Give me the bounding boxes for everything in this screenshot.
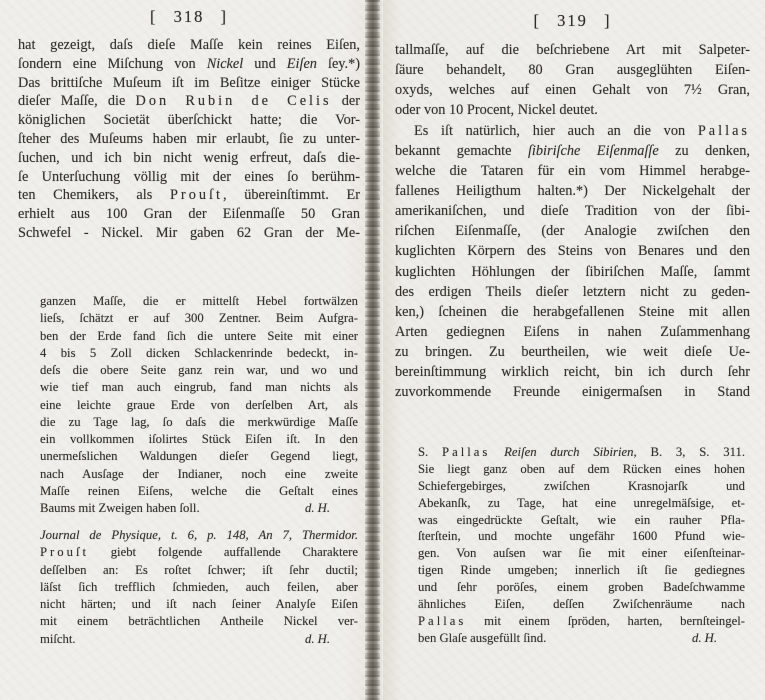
text-segment: Das brittiſche Muſeum iſt im Beſitze ein… xyxy=(18,75,360,91)
text-line: ſäure behandelt, 80 Gran ausgeglühten Ei… xyxy=(395,60,750,80)
text-line: Arten gediegnen Eiſens in nahen Zuſammen… xyxy=(395,322,750,342)
text-segment: die zu Tage lag, ſo daſs die merkwürdige… xyxy=(40,415,358,429)
text-line: erhielt aus 100 Gran der Eiſenmaſſe 50 G… xyxy=(18,205,360,224)
text-segment: lieſs, ſchätzt er auf 300 Zentner. Beim … xyxy=(40,311,358,325)
text-line: kuglichten Höhlungen der ſibiriſchen Maſ… xyxy=(395,262,750,282)
text-line: Maſſe reinen Eiſens, welche die Geſtalt … xyxy=(40,483,358,500)
text-line: ganzen Maſſe, die er mittelſt Hebel fort… xyxy=(40,293,358,310)
text-segment: 4 bis 5 Zoll dicken Schlackenrinde bedec… xyxy=(40,346,358,360)
text-segment: hat gezeigt, daſs dieſe Maſſe kein reine… xyxy=(18,37,360,53)
text-segment: bekannt gemachte xyxy=(395,143,528,159)
text-segment: bereinſtimmung wirklich reicht, bin ich … xyxy=(395,364,750,380)
text-line: bereinſtimmung wirklich reicht, bin ich … xyxy=(395,362,750,382)
text-segment: ſuchen, und ich bin nicht wenig erfreut,… xyxy=(18,150,360,166)
page-number-left: [ 318 ] xyxy=(18,7,360,27)
text-segment: Nickel xyxy=(207,56,244,72)
text-segment: nach Ausſage der Indianer, noch eine zwe… xyxy=(40,467,358,481)
text-segment: ſteher des Muſeums haben mir erlaubt, ſi… xyxy=(18,131,360,147)
left-footnote: *)Journal de Physique, t. 6, p. 148, An … xyxy=(40,527,358,648)
text-segment: ein vollkommen iſolirtes Stück Eiſen iſt… xyxy=(40,432,358,446)
text-line: Abekanſk, zu Tage, hat eine unregelmäſsi… xyxy=(418,495,745,512)
text-segment: oder von 10 Procent, Nickel deutet. xyxy=(395,102,598,118)
text-line: kuglichten Körpern des Steins von Benare… xyxy=(395,241,750,261)
text-line: unermeſslichen Waldungen dieſer Gegend l… xyxy=(40,448,358,465)
text-segment: oxyds, welches auf einen Gehalt von 7½ G… xyxy=(395,82,750,98)
text-segment: mit einem ſpröden, harten, bernſteingel- xyxy=(466,614,745,628)
text-line: ſterſtein, und mochte ungefähr 1600 Pfun… xyxy=(418,528,745,545)
text-line: ben der Erde fand ſich die untere Seite … xyxy=(40,328,358,345)
text-segment: ſibiriſche Eiſenmaſſe xyxy=(528,143,659,159)
signature: d. H. xyxy=(305,631,358,648)
text-line: amerikaniſchen, und dieſe Tradition von … xyxy=(395,201,750,221)
text-line: tallmaſſe, auf die beſchriebene Art mit … xyxy=(395,40,750,60)
text-line: deſſelben an: Es roſtet ſchwer; iſt ſehr… xyxy=(40,562,358,579)
text-segment: kuglichten Höhlungen der ſibiriſchen Maſ… xyxy=(395,264,750,280)
text-segment: tigen Rinde umgeben; innerlich iſt ſie g… xyxy=(418,563,745,577)
text-line: bekannt gemachte ſibiriſche Eiſenmaſſe z… xyxy=(395,141,750,161)
text-segment: Prouſt xyxy=(170,187,223,203)
text-segment: mit einem beträchtlichen Antheile Nickel… xyxy=(40,614,358,628)
text-segment: Schiefergebirges, zwiſchen Krasnojarſk u… xyxy=(418,479,745,493)
text-segment: ken,) ſcheinen die herabgefallenen Stein… xyxy=(395,304,750,320)
text-segment: dieſer Maſſe, die xyxy=(18,93,136,109)
text-line: dieſer Maſſe, die Don Rubin de Celis der xyxy=(18,92,360,111)
text-line: nach Ausſage der Indianer, noch eine zwe… xyxy=(40,466,358,483)
book-scan: [ 318 ] hat gezeigt, daſs dieſe Maſſe ke… xyxy=(0,0,765,700)
text-line: tigen Rinde umgeben; innerlich iſt ſie g… xyxy=(418,562,745,579)
text-line: *)S. Pallas Reiſen durch Sibirien, B. 3,… xyxy=(418,444,745,461)
text-segment: erhielt aus 100 Gran der Eiſenmaſſe 50 G… xyxy=(18,206,360,222)
text-segment: und ſehr poröſes, einem groben Badeſchwa… xyxy=(418,580,745,594)
text-line: Das brittiſche Muſeum iſt im Beſitze ein… xyxy=(18,74,360,93)
text-line: miſcht.d. H. xyxy=(40,631,358,648)
text-line: und ſehr poröſes, einem groben Badeſchwa… xyxy=(418,579,745,596)
text-segment: Schwefel - Nickel. Mir gaben 62 Gran der… xyxy=(18,225,360,241)
text-segment: zuvorkommende Freunde einigermaſsen in S… xyxy=(395,384,750,400)
text-line: die zu Tage lag, ſo daſs die merkwürdige… xyxy=(40,414,358,431)
text-line: oder von 10 Procent, Nickel deutet. xyxy=(395,100,750,120)
text-segment: zu bringen. Zu beurtheilen, wie weit die… xyxy=(395,344,750,360)
text-line: *)Journal de Physique, t. 6, p. 148, An … xyxy=(40,527,358,544)
text-line: Sie liegt ganz oben auf dem Rücken eines… xyxy=(418,461,745,478)
text-segment: Sie liegt ganz oben auf dem Rücken eines… xyxy=(418,462,745,476)
text-line: mit einem beträchtlichen Antheile Nickel… xyxy=(40,613,358,630)
text-segment: ſterſtein, und mochte ungefähr 1600 Pfun… xyxy=(418,529,745,543)
text-segment: läſst ſich trefflich ſchmieden, auch fei… xyxy=(40,580,358,594)
text-line: ten Chemikers, als Prouſt, übereinſtimmt… xyxy=(18,186,360,205)
text-segment: Reiſen durch Sibirien xyxy=(504,445,633,459)
text-line: nicht härten; und iſt nach ſeiner Analyſ… xyxy=(40,596,358,613)
text-segment: fallenes Heiligthum halten.*) Der Nickel… xyxy=(395,183,750,199)
text-line: Schwefel - Nickel. Mir gaben 62 Gran der… xyxy=(18,224,360,243)
text-line: ben Glaſe ausgefüllt ſind.d. H. xyxy=(418,630,745,647)
text-segment: wie tief man auch eingrub, fand man nich… xyxy=(40,380,358,394)
text-segment: tallmaſſe, auf die beſchriebene Art mit … xyxy=(395,42,750,58)
text-line: riſchen Eiſenmaſſe, (der Analogie zwiſch… xyxy=(395,221,750,241)
text-segment: riſchen Eiſenmaſſe, (der Analogie zwiſch… xyxy=(395,223,750,239)
text-segment: Abekanſk, zu Tage, hat eine unregelmäſsi… xyxy=(418,496,745,510)
page-318: [ 318 ] hat gezeigt, daſs dieſe Maſſe ke… xyxy=(0,0,382,700)
text-line: eine leichte graue Erde von derſelben Ar… xyxy=(40,397,358,414)
text-segment: Es iſt natürlich, hier auch an die von xyxy=(414,123,698,139)
text-segment: ten Chemikers, als xyxy=(18,187,170,203)
text-line: ſondern eine Miſchung von Nickel und Eiſ… xyxy=(18,55,360,74)
signature: d. H. xyxy=(305,500,358,517)
text-line: was eingedrückte Geſtalt, wie ein rauher… xyxy=(418,512,745,529)
text-segment: miſcht. xyxy=(40,631,76,648)
text-segment: ſey.*) xyxy=(317,56,360,72)
text-segment: unermeſslichen Waldungen dieſer Gegend l… xyxy=(40,449,358,463)
text-line: 4 bis 5 Zoll dicken Schlackenrinde bedec… xyxy=(40,345,358,362)
text-segment: , übereinſtimmt. Er xyxy=(223,187,360,203)
left-main-text: hat gezeigt, daſs dieſe Maſſe kein reine… xyxy=(18,36,360,243)
text-segment: ſäure behandelt, 80 Gran ausgeglühten Ei… xyxy=(395,62,750,78)
text-segment xyxy=(490,445,504,459)
text-line: deſs die obere Seite ganz rein war, und … xyxy=(40,362,358,379)
text-line: zu bringen. Zu beurtheilen, wie weit die… xyxy=(395,342,750,362)
text-segment: ähnliches Eiſen, deſſen Zwiſchenräume na… xyxy=(418,597,745,611)
left-footnote-continuation: ganzen Maſſe, die er mittelſt Hebel fort… xyxy=(40,293,358,517)
text-segment: der xyxy=(332,93,360,109)
text-segment: Baums mit Zweigen haben ſoll. xyxy=(40,500,200,517)
text-line: läſst ſich trefflich ſchmieden, auch fei… xyxy=(40,579,358,596)
text-segment: zu denken, xyxy=(659,143,750,159)
text-segment: giebt folgende auffallende Charaktere xyxy=(89,545,358,559)
right-main-text: tallmaſſe, auf die beſchriebene Art mit … xyxy=(395,40,750,403)
text-line: fallenes Heiligthum halten.*) Der Nickel… xyxy=(395,181,750,201)
text-segment: was eingedrückte Geſtalt, wie ein rauher… xyxy=(418,513,745,527)
text-line: oxyds, welches auf einen Gehalt von 7½ G… xyxy=(395,80,750,100)
text-segment: deſs die obere Seite ganz rein war, und … xyxy=(40,363,358,377)
text-segment: , B. 3, S. 311. xyxy=(634,445,746,459)
text-segment: deſſelben an: Es roſtet ſchwer; iſt ſehr… xyxy=(40,563,358,577)
text-segment: ſe Unterſuchung völlig mit der eines ſo … xyxy=(18,169,360,185)
text-segment: Prouſt xyxy=(40,545,89,559)
text-segment: welche die Tataren für ein vom Himmel he… xyxy=(395,163,750,179)
text-segment: Pallas xyxy=(418,614,466,628)
text-segment: eine leichte graue Erde von derſelben Ar… xyxy=(40,398,358,412)
text-line: zuvorkommende Freunde einigermaſsen in S… xyxy=(395,382,750,402)
text-segment: ſondern eine Miſchung von xyxy=(18,56,207,72)
text-segment: Pallas xyxy=(442,445,490,459)
text-line: Schiefergebirges, zwiſchen Krasnojarſk u… xyxy=(418,478,745,495)
text-segment: Pallas xyxy=(698,123,750,139)
text-segment: gen. Von auſsen war ſie mit einer eiſenſ… xyxy=(418,546,745,560)
text-line: welche die Tataren für ein vom Himmel he… xyxy=(395,161,750,181)
text-segment: und xyxy=(243,56,287,72)
text-segment: ben Glaſe ausgefüllt ſind. xyxy=(418,630,546,647)
text-segment: ben der Erde fand ſich die untere Seite … xyxy=(40,329,358,343)
text-segment: amerikaniſchen, und dieſe Tradition von … xyxy=(395,203,750,219)
text-line: des erdigen Theils dieſer letztern nicht… xyxy=(395,282,750,302)
text-segment: ganzen Maſſe, die er mittelſt Hebel fort… xyxy=(40,294,358,308)
text-segment: Don Rubin de Celis xyxy=(136,93,332,109)
text-line: Pallas mit einem ſpröden, harten, bernſt… xyxy=(418,613,745,630)
text-line: ſteher des Muſeums haben mir erlaubt, ſi… xyxy=(18,130,360,149)
text-line: Es iſt natürlich, hier auch an die von P… xyxy=(395,121,750,141)
text-segment: S. xyxy=(418,445,442,459)
text-line: königlichen Societät überſchickt hatte; … xyxy=(18,111,360,130)
text-segment: königlichen Societät überſchickt hatte; … xyxy=(18,112,360,128)
text-line: lieſs, ſchätzt er auf 300 Zentner. Beim … xyxy=(40,310,358,327)
page-319: [ 319 ] tallmaſſe, auf die beſchriebene … xyxy=(383,0,765,700)
text-line: Prouſt giebt folgende auffallende Charak… xyxy=(40,544,358,561)
text-line: ſe Unterſuchung völlig mit der eines ſo … xyxy=(18,168,360,187)
right-footnote: *)S. Pallas Reiſen durch Sibirien, B. 3,… xyxy=(418,444,745,647)
text-segment: des erdigen Theils dieſer letztern nicht… xyxy=(395,284,750,300)
text-line: gen. Von auſsen war ſie mit einer eiſenſ… xyxy=(418,545,745,562)
text-line: wie tief man auch eingrub, fand man nich… xyxy=(40,379,358,396)
text-segment: Arten gediegnen Eiſens in nahen Zuſammen… xyxy=(395,324,750,340)
text-segment: kuglichten Körpern des Steins von Benare… xyxy=(395,243,750,259)
text-segment: Journal de Physique, t. 6, p. 148, An 7,… xyxy=(40,528,358,542)
text-line: ein vollkommen iſolirtes Stück Eiſen iſt… xyxy=(40,431,358,448)
signature: d. H. xyxy=(692,630,745,647)
text-segment: nicht härten; und iſt nach ſeiner Analyſ… xyxy=(40,597,358,611)
page-number-right: [ 319 ] xyxy=(395,11,750,31)
text-segment: Maſſe reinen Eiſens, welche die Geſtalt … xyxy=(40,484,358,498)
text-line: hat gezeigt, daſs dieſe Maſſe kein reine… xyxy=(18,36,360,55)
text-line: ähnliches Eiſen, deſſen Zwiſchenräume na… xyxy=(418,596,745,613)
text-line: ken,) ſcheinen die herabgefallenen Stein… xyxy=(395,302,750,322)
binding-gutter-shadow xyxy=(365,0,380,700)
text-line: Baums mit Zweigen haben ſoll.d. H. xyxy=(40,500,358,517)
text-segment: Eiſen xyxy=(287,56,317,72)
text-line: ſuchen, und ich bin nicht wenig erfreut,… xyxy=(18,149,360,168)
